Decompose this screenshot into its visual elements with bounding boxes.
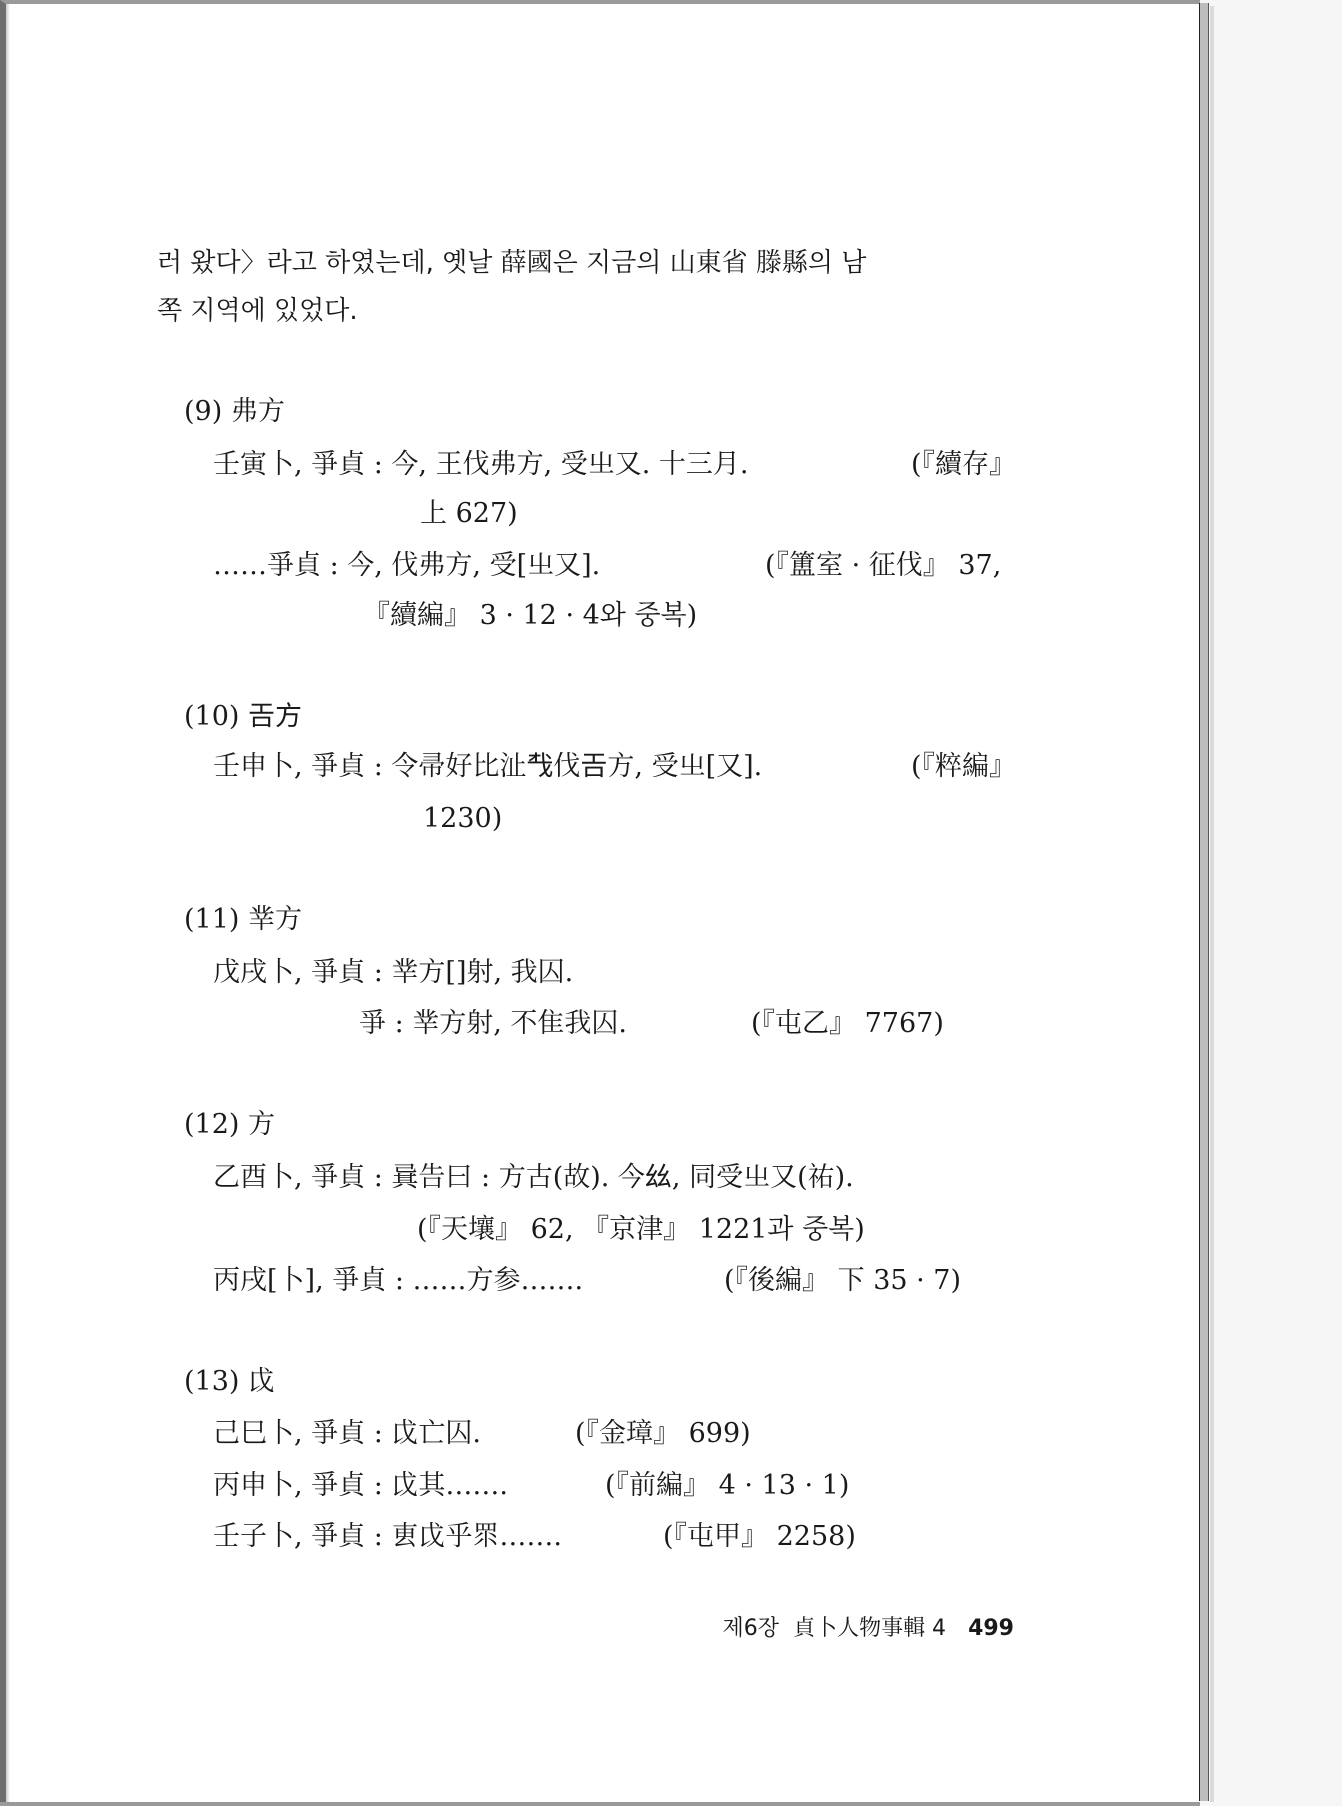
- page-shadow: [1210, 6, 1214, 1802]
- page-spine-edge: [1199, 3, 1209, 1801]
- citation-11-2: (『屯乙』 7767): [751, 1007, 944, 1041]
- section-heading-12: (12) 方: [184, 1108, 275, 1142]
- entry-10-1: 壬申卜, 爭貞 : 令帚好比沚𢦔伐𢀛方, 受㞢[又].: [213, 750, 762, 784]
- page-number: 499: [968, 1616, 1014, 1641]
- entry-13-1: 己巳卜, 爭貞 : 戉亡囚.: [213, 1417, 481, 1451]
- citation-13-1: (『金璋』 699): [575, 1417, 751, 1451]
- citation-12-1-cont: (『天壤』 62, 『京津』 1221과 중복): [417, 1213, 865, 1247]
- section-heading-10: (10) 𢀛方: [184, 700, 302, 734]
- entry-11-2: 爭 : 丵方𠣐射, 不隹我囚.: [359, 1007, 627, 1041]
- section-heading-9: (9) 弗方: [184, 395, 285, 429]
- citation-9-2-cont: 『續編』 3 · 12 · 4와 중복): [363, 599, 697, 633]
- running-footer: 제6장 貞卜人物事輯 4499: [680, 1614, 1014, 1644]
- entry-11-1: 戊戌卜, 爭貞 : 丵方[𠣐]射, 我囚.: [213, 956, 573, 990]
- section-heading-13: (13) 戉: [184, 1365, 275, 1399]
- entry-12-1: 乙酉卜, 爭貞 : 㠱告曰 : 方古(故). 今𢆶, 同受㞢又(祐).: [213, 1161, 854, 1195]
- intro-line-2: 쪽 지역에 있었다.: [157, 294, 358, 328]
- entry-12-2: 丙戌[卜], 爭貞 : ……方参𠐑…….: [213, 1264, 583, 1298]
- citation-13-2: (『前編』 4 · 13 · 1): [605, 1469, 849, 1503]
- entry-13-3: 壬子卜, 爭貞 : 叀戉乎眔…….: [213, 1520, 562, 1554]
- intro-line-1: 러 왔다〉라고 하였는데, 옛날 薛國은 지금의 山東省 滕縣의 남: [157, 246, 866, 280]
- footer-title: 貞卜人物事輯 4: [793, 1616, 946, 1641]
- page-bottom-edge: [0, 1802, 1200, 1806]
- entry-13-2: 丙申卜, 爭貞 : 戉其…….: [213, 1469, 508, 1503]
- citation-10-1: (『粹編』: [911, 750, 1016, 784]
- section-heading-11: (11) 丵方: [184, 903, 302, 937]
- entry-9-1: 壬寅卜, 爭貞 : 今𡆥, 王伐弗方, 受㞢又. 十三月.: [213, 448, 749, 482]
- citation-9-1: (『續存』: [911, 448, 1016, 482]
- citation-9-2: (『簠室 · 征伐』 37,: [765, 549, 1001, 583]
- citation-10-1-cont: 1230): [423, 802, 502, 836]
- entry-9-2: ……爭貞 : 今𡆥, 伐弗方, 受[㞢又].: [213, 549, 600, 583]
- citation-12-2: (『後編』 下 35 · 7): [724, 1264, 961, 1298]
- footer-chapter: 제6장: [723, 1616, 780, 1641]
- citation-9-1-cont: 上 627): [420, 497, 518, 531]
- page-left-edge: [6, 4, 10, 1802]
- citation-13-3: (『屯甲』 2258): [663, 1520, 856, 1554]
